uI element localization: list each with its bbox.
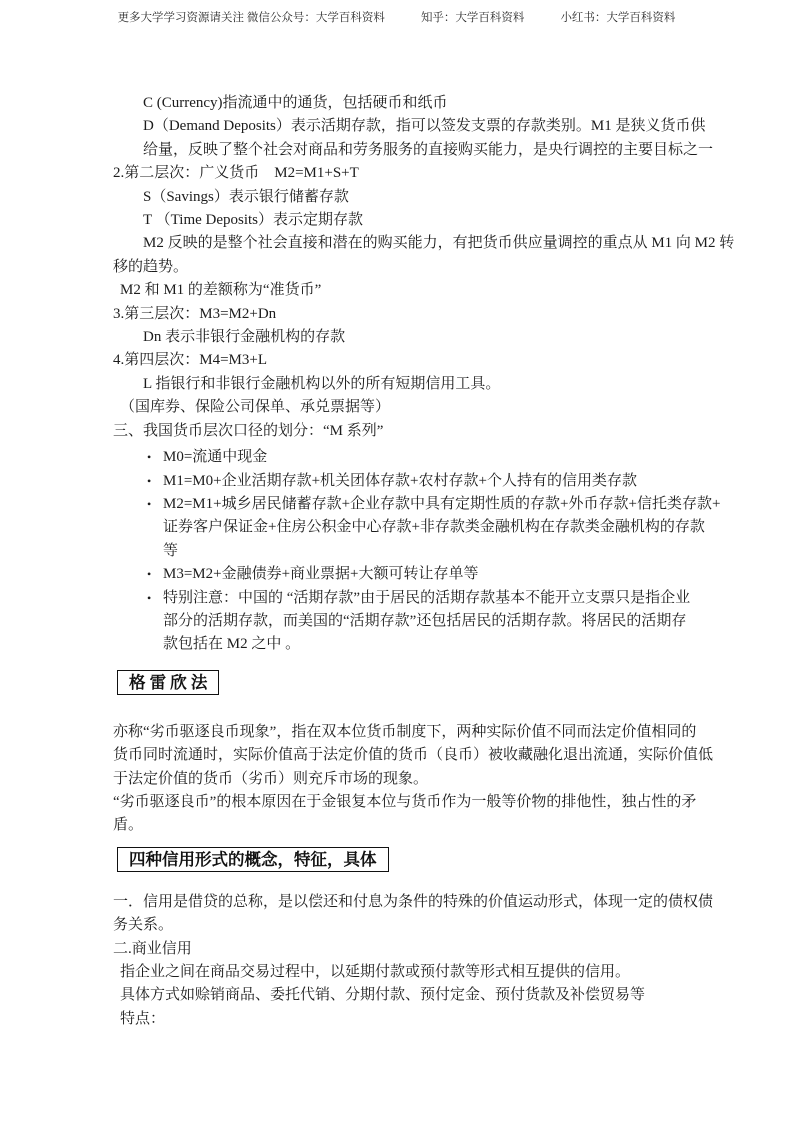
bullet-dot-icon: • (147, 493, 163, 516)
bullet-text: M3=M2+金融债券+商业票据+大额可转让存单等 (163, 563, 733, 586)
text-line: S（Savings）表示银行储蓄存款 (143, 186, 733, 209)
gresham-law-section: 亦称“劣币驱逐良币现象”，指在双本位货币制度下，两种实际价值不同而法定价值相同的… (113, 721, 733, 838)
m-series-bullet-item: •M1=M0+企业活期存款+机关团体存款+农村存款+个人持有的信用类存款 (113, 470, 733, 493)
m-series-bullet-item: •特别注意：中国的 “活期存款”由于居民的活期存款基本不能开立支票只是指企业部分… (113, 587, 733, 657)
header-wechat-note: 更多大学学习资源请关注 微信公众号：大学百科资料 (118, 9, 385, 25)
text-line: M3=M2+金融债券+商业票据+大额可转让存单等 (163, 563, 733, 586)
text-line: 部分的活期存款，而美国的“活期存款”还包括居民的活期存款。将居民的活期存 (163, 610, 733, 633)
text-line: 2.第二层次：广义货币 M2=M1+S+T (113, 162, 733, 185)
text-line: 三、我国货币层次口径的划分：“M 系列” (113, 420, 733, 443)
credit-forms-heading: 四种信用形式的概念，特征，具体 (117, 847, 389, 872)
m-series-bullet-item: •M0=流通中现金 (113, 446, 733, 469)
text-line: D（Demand Deposits）表示活期存款，指可以签发支票的存款类别。M1… (143, 115, 733, 138)
text-line: “劣币驱逐良币”的根本原因在于金银复本位与货币作为一般等价物的排他性，独占性的矛 (113, 791, 733, 814)
text-line: 具体方式如赊销商品、委托代销、分期付款、预付定金、预付货款及补偿贸易等 (120, 984, 733, 1007)
text-line: 移的趋势。 (113, 256, 733, 279)
text-line: T （Time Deposits）表示定期存款 (143, 209, 733, 232)
bullet-text: 特别注意：中国的 “活期存款”由于居民的活期存款基本不能开立支票只是指企业部分的… (163, 587, 733, 657)
text-line: 证券客户保证金+住房公积金中心存款+非存款类金融机构在存款类金融机构的存款 (163, 516, 733, 539)
page-header: 更多大学学习资源请关注 微信公众号：大学百科资料 知乎：大学百科资料 小红书：大… (0, 9, 793, 25)
text-line: 4.第四层次：M4=M3+L (113, 349, 733, 372)
document-page: 更多大学学习资源请关注 微信公众号：大学百科资料 知乎：大学百科资料 小红书：大… (0, 0, 793, 1122)
money-layers-section: C (Currency)指流通中的通货，包括硬币和纸币D（Demand Depo… (113, 92, 733, 443)
text-line: 二.商业信用 (113, 938, 733, 961)
gresham-law-heading: 格 雷 欣 法 (117, 670, 219, 695)
bullet-text: M2=M1+城乡居民储蓄存款+企业存款中具有定期性质的存款+外币存款+信托类存款… (163, 493, 733, 563)
m-series-bullet-item: •M2=M1+城乡居民储蓄存款+企业存款中具有定期性质的存款+外币存款+信托类存… (113, 493, 733, 563)
text-line: 特点： (120, 1008, 733, 1031)
text-line: 指企业之间在商品交易过程中，以延期付款或预付款等形式相互提供的信用。 (120, 961, 733, 984)
text-line: 于法定价值的货币（劣币）则充斥市场的现象。 (113, 768, 733, 791)
text-line: 特别注意：中国的 “活期存款”由于居民的活期存款基本不能开立支票只是指企业 (163, 587, 733, 610)
bullet-text: M1=M0+企业活期存款+机关团体存款+农村存款+个人持有的信用类存款 (163, 470, 733, 493)
m-series-bullet-item: •M3=M2+金融债券+商业票据+大额可转让存单等 (113, 563, 733, 586)
text-line: 3.第三层次：M3=M2+Dn (113, 303, 733, 326)
document-body: C (Currency)指流通中的通货，包括硬币和纸币D（Demand Depo… (113, 92, 733, 1031)
text-line: 务关系。 (113, 914, 733, 937)
text-line: 亦称“劣币驱逐良币现象”，指在双本位货币制度下，两种实际价值不同而法定价值相同的 (113, 721, 733, 744)
bullet-text: M0=流通中现金 (163, 446, 733, 469)
m-series-bullet-list: •M0=流通中现金•M1=M0+企业活期存款+机关团体存款+农村存款+个人持有的… (113, 446, 733, 657)
bullet-dot-icon: • (147, 587, 163, 610)
bullet-dot-icon: • (147, 470, 163, 493)
text-line: Dn 表示非银行金融机构的存款 (143, 326, 733, 349)
text-line: 给量，反映了整个社会对商品和劳务服务的直接购买能力，是央行调控的主要目标之一 (143, 139, 733, 162)
text-line: （国库券、保险公司保单、承兑票据等） (120, 396, 733, 419)
bullet-dot-icon: • (147, 563, 163, 586)
header-xiaohongshu-note: 小红书：大学百科资料 (560, 9, 675, 25)
text-line: M2=M1+城乡居民储蓄存款+企业存款中具有定期性质的存款+外币存款+信托类存款… (163, 493, 733, 516)
text-line: 款包括在 M2 之中 。 (163, 633, 733, 656)
text-line: M0=流通中现金 (163, 446, 733, 469)
header-zhihu-note: 知乎：大学百科资料 (421, 9, 525, 25)
text-line: M1=M0+企业活期存款+机关团体存款+农村存款+个人持有的信用类存款 (163, 470, 733, 493)
text-line: 盾。 (113, 814, 733, 837)
credit-forms-section: 一．信用是借贷的总称，是以偿还和付息为条件的特殊的价值运动形式，体现一定的债权债… (113, 891, 733, 1031)
text-line: 等 (163, 540, 733, 563)
text-line: 一．信用是借贷的总称，是以偿还和付息为条件的特殊的价值运动形式，体现一定的债权债 (113, 891, 733, 914)
text-line: C (Currency)指流通中的通货，包括硬币和纸币 (143, 92, 733, 115)
credit-heading-row: 四种信用形式的概念，特征，具体 (113, 847, 733, 872)
gresham-heading-row: 格 雷 欣 法 (113, 670, 733, 695)
text-line: M2 和 M1 的差额称为“准货币” (120, 279, 733, 302)
text-line: L 指银行和非银行金融机构以外的所有短期信用工具。 (143, 373, 733, 396)
bullet-dot-icon: • (147, 446, 163, 469)
text-line: M2 反映的是整个社会直接和潜在的购买能力，有把货币供应量调控的重点从 M1 向… (143, 232, 733, 255)
text-line: 货币同时流通时，实际价值高于法定价值的货币（良币）被收藏融化退出流通，实际价值低 (113, 744, 733, 767)
